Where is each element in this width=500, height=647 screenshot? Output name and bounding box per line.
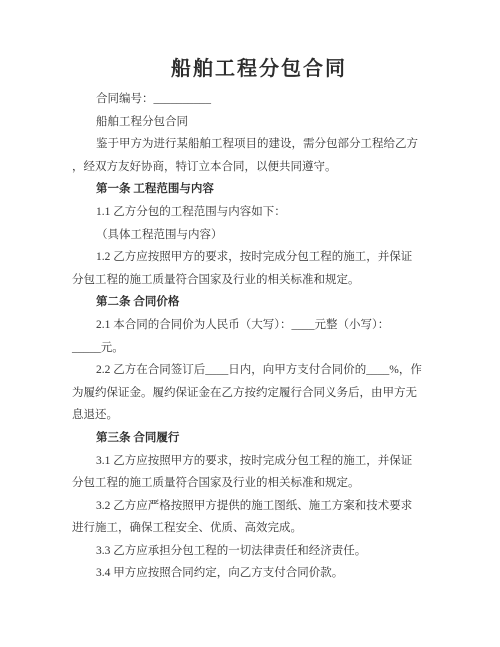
doc-line-4: ，经双方友好协商，特订立本合同，以便共同遵守。 (72, 156, 424, 179)
doc-line-3: 鉴于甲方为进行某船舶工程项目的建设，需分包部分工程给乙方 (72, 133, 424, 156)
doc-line-17: 3.1 乙方应按照甲方的要求，按时完成分包工程的施工，并保证 (72, 450, 424, 473)
doc-line-7: （具体工程范围与内容） (72, 224, 424, 247)
document-body: 合同编号：__________船舶工程分包合同鉴于甲方为进行某船舶工程项目的建设… (72, 88, 424, 585)
doc-line-20: 进行施工，确保工程安全、优质、高效完成。 (72, 517, 424, 540)
doc-line-21: 3.3 乙方应承担分包工程的一切法律责任和经济责任。 (72, 540, 424, 563)
document-page: 船舶工程分包合同 合同编号：__________船舶工程分包合同鉴于甲方为进行某… (0, 0, 500, 647)
doc-line-18: 分包工程的施工质量符合国家及行业的相关标准和规定。 (72, 472, 424, 495)
document-title: 船舶工程分包合同 (28, 0, 490, 82)
doc-line-1: 合同编号：__________ (72, 88, 424, 111)
doc-line-8: 1.2 乙方应按照甲方的要求，按时完成分包工程的施工，并保证 (72, 246, 424, 269)
doc-line-9: 分包工程的施工质量符合国家及行业的相关标准和规定。 (72, 269, 424, 292)
doc-line-13: 2.2 乙方在合同签订后____日内，向甲方支付合同价的____%，作 (72, 359, 424, 382)
doc-line-11: 2.1 本合同的合同价为人民币（大写）：____元整（小写）： (72, 314, 424, 337)
doc-line-14: 为履约保证金。履约保证金在乙方按约定履行合同义务后，由甲方无 (72, 382, 424, 405)
doc-line-6: 1.1 乙方分包的工程范围与内容如下： (72, 201, 424, 224)
doc-line-12: _____元。 (72, 337, 424, 360)
doc-line-15: 息退还。 (72, 404, 424, 427)
doc-line-19: 3.2 乙方应严格按照甲方提供的施工图纸、施工方案和技术要求 (72, 495, 424, 518)
doc-line-22: 3.4 甲方应按照合同约定，向乙方支付合同价款。 (72, 562, 424, 585)
doc-line-10: 第二条 合同价格 (72, 291, 424, 314)
doc-line-2: 船舶工程分包合同 (72, 111, 424, 134)
doc-line-5: 第一条 工程范围与内容 (72, 178, 424, 201)
doc-line-16: 第三条 合同履行 (72, 427, 424, 450)
